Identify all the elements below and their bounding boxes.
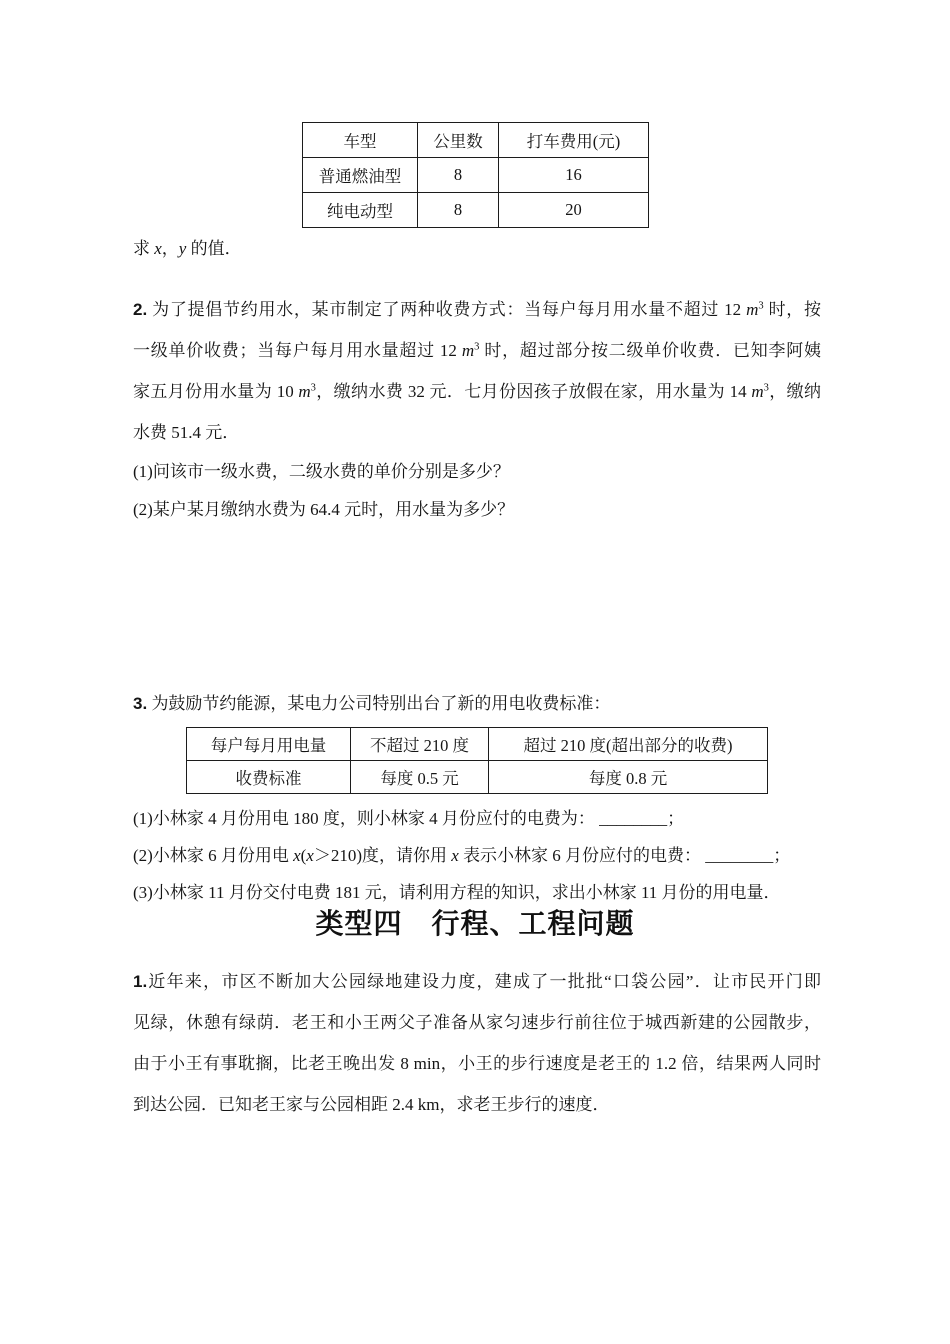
problem-2-part-1: (1)问该市一级水费，二级水费的单价分别是多少？ xyxy=(133,453,821,491)
cell-rate-low: 每度 0.5 元 xyxy=(351,761,489,794)
taxi-fare-table: 车型 公里数 打车费用(元) 普通燃油型 8 16 纯电动型 8 20 xyxy=(302,122,649,228)
text-line: 家五月份用水量为 10 m3，缴纳水费 32 元．七月份因孩子放假在家，用水量为… xyxy=(133,371,821,412)
cell-electric-km: 8 xyxy=(418,193,499,228)
cell-rate-label: 收费标准 xyxy=(187,761,351,794)
cell-rate-high: 每度 0.8 元 xyxy=(489,761,768,794)
problem-3-intro: 3. 为鼓励节约能源，某电力公司特别出台了新的用电收费标准： xyxy=(133,692,821,716)
table-header-row: 车型 公里数 打车费用(元) xyxy=(303,123,649,158)
problem-3-part-1: (1)小林家 4 月份用电 180 度，则小林家 4 月份应付的电费为： ___… xyxy=(133,800,821,837)
problem-3-part-2: (2)小林家 6 月份用电 x(x＞210)度，请你用 x 表示小林家 6 月份… xyxy=(133,837,821,874)
cell-fuel-fare: 16 xyxy=(499,158,649,193)
cell-electric-type: 纯电动型 xyxy=(303,193,418,228)
text-line: 1.近年来，市区不断加大公园绿地建设力度，建成了一批批“口袋公园”．让市民开门即 xyxy=(133,961,821,1002)
cell-fuel-km: 8 xyxy=(418,158,499,193)
section-heading: 类型四 行程、工程问题 xyxy=(0,903,950,945)
header-fare-yuan: 打车费用(元) xyxy=(499,123,649,158)
table-header-row: 每户每月用电量 不超过 210 度 超过 210 度(超出部分的收费) xyxy=(187,728,768,761)
table-row: 收费标准 每度 0.5 元 每度 0.8 元 xyxy=(187,761,768,794)
cell-fuel-type: 普通燃油型 xyxy=(303,158,418,193)
cell-electric-fare: 20 xyxy=(499,193,649,228)
table-row: 纯电动型 8 20 xyxy=(303,193,649,228)
problem-2: 2. 为了提倡节约用水，某市制定了两种收费方式：当每户每月用水量不超过 12 m… xyxy=(133,289,821,529)
problem-2-part-2: (2)某户某月缴纳水费为 64.4 元时，用水量为多少？ xyxy=(133,491,821,529)
worksheet-page: 车型 公里数 打车费用(元) 普通燃油型 8 16 纯电动型 8 20 求 x，… xyxy=(0,0,950,1344)
text-line: 一级单价收费；当每户每月用水量超过 12 m3 时，超过部分按二级单价收费．已知… xyxy=(133,330,821,371)
text-line: 2. 为了提倡节约用水，某市制定了两种收费方式：当每户每月用水量不超过 12 m… xyxy=(133,289,821,330)
electricity-rate-table: 每户每月用电量 不超过 210 度 超过 210 度(超出部分的收费) 收费标准… xyxy=(186,727,768,794)
text-line: 水费 51.4 元． xyxy=(133,412,821,453)
header-vehicle-type: 车型 xyxy=(303,123,418,158)
header-under-210: 不超过 210 度 xyxy=(351,728,489,761)
text-line: 由于小王有事耽搁，比老王晚出发 8 min，小王的步行速度是老王的 1.2 倍，… xyxy=(133,1043,821,1084)
problem-4: 1.近年来，市区不断加大公园绿地建设力度，建成了一批批“口袋公园”．让市民开门即… xyxy=(133,961,821,1125)
header-monthly-usage: 每户每月用电量 xyxy=(187,728,351,761)
find-xy-line: 求 x，y 的值． xyxy=(133,237,821,261)
table-row: 普通燃油型 8 16 xyxy=(303,158,649,193)
header-over-210: 超过 210 度(超出部分的收费) xyxy=(489,728,768,761)
text-line: 到达公园．已知老王家与公园相距 2.4 km，求老王步行的速度． xyxy=(133,1084,821,1125)
problem-3-parts: (1)小林家 4 月份用电 180 度，则小林家 4 月份应付的电费为： ___… xyxy=(133,800,821,911)
header-kilometers: 公里数 xyxy=(418,123,499,158)
text-line: 见绿，休憩有绿荫．老王和小王两父子准备从家匀速步行前往位于城西新建的公园散步， xyxy=(133,1002,821,1043)
